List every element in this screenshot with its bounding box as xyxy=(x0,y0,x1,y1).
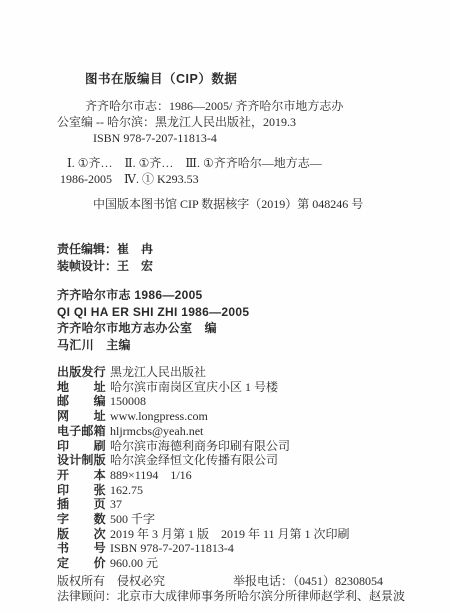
report-phone: 举报电话：（0451）82308054 xyxy=(233,574,383,590)
book-title-cn: 齐齐哈尔市志 1986—2005 xyxy=(57,287,414,304)
publication-details: 出版发行黑龙江人民出版社 地 址哈尔滨市南岗区宣庆小区 1 号楼 邮 编1500… xyxy=(57,365,414,571)
cip-entry-line1: 齐齐哈尔市志：1986—2005/ 齐齐哈尔市地方志办 xyxy=(57,98,414,114)
pub-row-sheets: 印 张162.75 xyxy=(57,483,414,498)
cip-header: 图书在版编目（CIP）数据 xyxy=(85,71,414,87)
pub-label: 设计制版 xyxy=(57,453,110,468)
cip-entry-line2: 公室编 -- 哈尔滨：黑龙江人民出版社，2019.3 xyxy=(57,114,414,130)
pub-row-inserts: 插 页37 xyxy=(57,497,414,512)
pub-value: 2019 年 3 月第 1 版 2019 年 11 月第 1 次印刷 xyxy=(110,527,414,542)
pub-label: 书 号 xyxy=(57,541,110,556)
pub-row-format: 开 本889×1194 1/16 xyxy=(57,468,414,483)
pub-row-publisher: 出版发行黑龙江人民出版社 xyxy=(57,365,414,380)
cip-entry: 齐齐哈尔市志：1986—2005/ 齐齐哈尔市地方志办 公室编 -- 哈尔滨：黑… xyxy=(57,98,414,146)
pub-value: 889×1194 1/16 xyxy=(110,468,414,483)
pub-label: 出版发行 xyxy=(57,365,110,380)
pub-row-price: 定 价960.00 元 xyxy=(57,556,414,571)
pub-row-wordcount: 字 数500 千字 xyxy=(57,512,414,527)
pub-value: 162.75 xyxy=(110,483,414,498)
pub-row-typesetting: 设计制版哈尔滨金绎恒文化传播有限公司 xyxy=(57,453,414,468)
credit-designer-label: 装帧设计： xyxy=(57,259,117,273)
pub-label: 邮 编 xyxy=(57,394,110,409)
credit-designer: 装帧设计：王 宏 xyxy=(57,258,414,275)
pub-row-printer: 印 刷哈尔滨市海德利商务印刷有限公司 xyxy=(57,439,414,454)
pub-label: 地 址 xyxy=(57,380,110,395)
pub-value: 哈尔滨金绎恒文化传播有限公司 xyxy=(110,453,414,468)
pub-value: www.longpress.com xyxy=(110,409,414,424)
book-title-pinyin: QI QI HA ER SHI ZHI 1986—2005 xyxy=(57,304,414,321)
cip-classification: Ⅰ. ①齐… Ⅱ. ①齐… Ⅲ. ①齐齐哈尔—地方志— 1986-2005 Ⅳ.… xyxy=(57,155,414,187)
pub-value: 150008 xyxy=(110,394,414,409)
legal-footer: 版权所有 侵权必究 举报电话：（0451）82308054 法律顾问：北京市大成… xyxy=(57,574,414,605)
pub-row-address: 地 址哈尔滨市南岗区宣庆小区 1 号楼 xyxy=(57,380,414,395)
copyright-notice: 版权所有 侵权必究 xyxy=(57,574,165,590)
pub-row-email: 电子邮箱hljrmcbs@yeah.net xyxy=(57,424,414,439)
credits: 责任编辑：崔 冉 装帧设计：王 宏 xyxy=(57,241,414,274)
book-compiler: 齐齐哈尔市地方志办公室 编 xyxy=(57,320,414,337)
legal-counsel-line: 法律顾问：北京市大成律师事务所哈尔滨分所律师赵学利、赵景波 xyxy=(57,589,414,605)
pub-row-website: 网 址www.longpress.com xyxy=(57,409,414,424)
credit-editor-label: 责任编辑： xyxy=(57,242,117,256)
pub-label: 开 本 xyxy=(57,468,110,483)
cip-isbn: ISBN 978-7-207-11813-4 xyxy=(57,130,414,146)
pub-label: 印 张 xyxy=(57,483,110,498)
pub-label: 定 价 xyxy=(57,556,110,571)
pub-value: 37 xyxy=(110,497,414,512)
cip-class-line1: Ⅰ. ①齐… Ⅱ. ①齐… Ⅲ. ①齐齐哈尔—地方志— xyxy=(57,155,414,171)
pub-label: 网 址 xyxy=(57,409,110,424)
cip-record-number: 中国版本图书馆 CIP 数据核字（2019）第 048246 号 xyxy=(57,196,414,212)
pub-value: 500 千字 xyxy=(110,512,414,527)
book-chief-editor: 马汇川 主编 xyxy=(57,337,414,354)
credit-editor-name: 崔 冉 xyxy=(117,242,153,256)
credit-designer-name: 王 宏 xyxy=(117,259,153,273)
cip-class-line2: 1986-2005 Ⅳ. ① K293.53 xyxy=(57,171,414,187)
credit-editor: 责任编辑：崔 冉 xyxy=(57,241,414,258)
pub-value: 哈尔滨市南岗区宣庆小区 1 号楼 xyxy=(110,380,414,395)
colophon-page: 图书在版编目（CIP）数据 齐齐哈尔市志：1986—2005/ 齐齐哈尔市地方志… xyxy=(0,0,450,613)
pub-row-edition: 版 次2019 年 3 月第 1 版 2019 年 11 月第 1 次印刷 xyxy=(57,527,414,542)
pub-value: 哈尔滨市海德利商务印刷有限公司 xyxy=(110,439,414,454)
pub-value: ISBN 978-7-207-11813-4 xyxy=(110,541,414,556)
pub-value: 黑龙江人民出版社 xyxy=(110,365,414,380)
pub-row-isbn: 书 号ISBN 978-7-207-11813-4 xyxy=(57,541,414,556)
copyright-line: 版权所有 侵权必究 举报电话：（0451）82308054 xyxy=(57,574,414,590)
pub-label: 插 页 xyxy=(57,497,110,512)
pub-value: hljrmcbs@yeah.net xyxy=(110,424,414,439)
pub-row-postcode: 邮 编150008 xyxy=(57,394,414,409)
pub-value: 960.00 元 xyxy=(110,556,414,571)
pub-label: 版 次 xyxy=(57,527,110,542)
pub-label: 电子邮箱 xyxy=(57,424,110,439)
pub-label: 字 数 xyxy=(57,512,110,527)
title-block: 齐齐哈尔市志 1986—2005 QI QI HA ER SHI ZHI 198… xyxy=(57,287,414,353)
pub-label: 印 刷 xyxy=(57,439,110,454)
